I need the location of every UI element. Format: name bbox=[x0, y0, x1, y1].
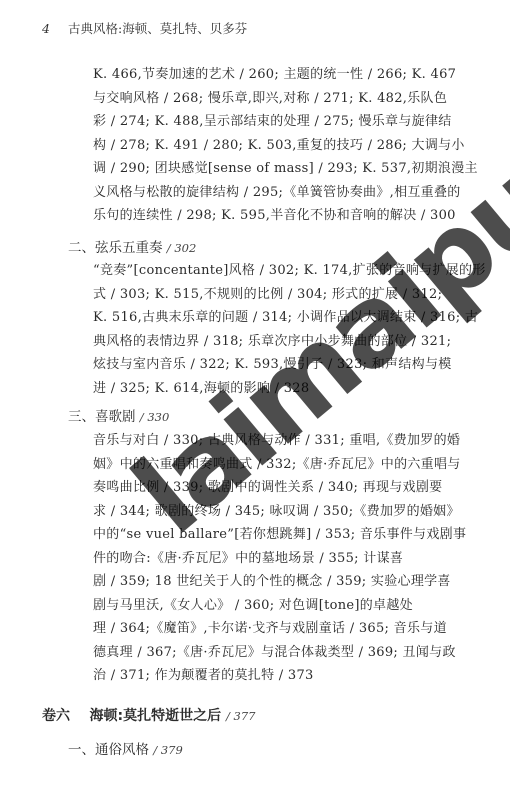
running-header: 4 古典风格:海顿、莫扎特、贝多芬 bbox=[42, 19, 247, 37]
section-heading-popular-style: 一、通俗风格 / 379 bbox=[68, 738, 183, 758]
part-title: 海顿:莫扎特逝世之后 bbox=[90, 708, 222, 724]
page-number: 4 bbox=[42, 21, 64, 36]
toc-line: 进 / 325; K. 614,海顿的影响 / 328 bbox=[93, 377, 388, 401]
toc-line: 义风格与松散的旋律结构 / 295;《单簧管协奏曲》,相互重叠的 bbox=[93, 181, 388, 205]
toc-line: 剧与马里沃,《女人心》 / 360; 对色调[tone]的卓越处 bbox=[93, 594, 388, 618]
part-label: 卷六 bbox=[42, 708, 70, 724]
section-page: 330 bbox=[147, 410, 169, 424]
section-title: 二、弦乐五重奏 bbox=[68, 240, 163, 256]
toc-entries-comic-opera: 音乐与对白 / 330; 古典风格与动作 / 331; 重唱,《费加罗的婚 姻》… bbox=[93, 429, 388, 688]
toc-line: 姻》中的六重唱和奏鸣曲式 / 332;《唐·乔瓦尼》中的六重唱与 bbox=[93, 453, 388, 477]
toc-line: 求 / 344; 歌剧的终场 / 345; 咏叹调 / 350;《费加罗的婚姻》 bbox=[93, 500, 388, 524]
toc-line: 彩 / 274; K. 488,呈示部结束的处理 / 275; 慢乐章与旋律结 bbox=[93, 110, 388, 134]
toc-line: 音乐与对白 / 330; 古典风格与动作 / 331; 重唱,《费加罗的婚 bbox=[93, 429, 388, 453]
section-page: 379 bbox=[161, 743, 183, 757]
toc-line: 式 / 303; K. 515,不规则的比例 / 304; 形式的扩展 / 31… bbox=[93, 283, 388, 307]
toc-line: “竞奏”[concentante]风格 / 302; K. 174,扩张的音响与… bbox=[93, 259, 388, 283]
section-heading-string-quintets: 二、弦乐五重奏 / 302 bbox=[68, 236, 196, 256]
toc-line: 典风格的表情边界 / 318; 乐章次序中小步舞曲的部位 / 321; bbox=[93, 330, 388, 354]
section-page: 302 bbox=[174, 241, 196, 255]
toc-entries-string-quintets: “竞奏”[concentante]风格 / 302; K. 174,扩张的音响与… bbox=[93, 259, 388, 400]
toc-line: 治 / 371; 作为颠覆者的莫扎特 / 373 bbox=[93, 664, 388, 688]
toc-line: 乐句的连续性 / 298; K. 595,半音化不协和音响的解决 / 300 bbox=[93, 204, 388, 228]
toc-line: 调 / 290; 团块感觉[sense of mass] / 293; K. 5… bbox=[93, 157, 388, 181]
running-title: 古典风格:海顿、莫扎特、贝多芬 bbox=[68, 21, 247, 36]
toc-entries-mozart-concertos: K. 466,节奏加速的艺术 / 260; 主题的统一性 / 266; K. 4… bbox=[93, 63, 388, 228]
toc-line: 件的吻合:《唐·乔瓦尼》中的墓地场景 / 355; 计谋喜 bbox=[93, 547, 388, 571]
toc-line: 剧 / 359; 18 世纪关于人的个性的概念 / 359; 实验心理学喜 bbox=[93, 570, 388, 594]
toc-line: 炫技与室内音乐 / 322; K. 593,慢引子 / 323; 和声结构与模 bbox=[93, 353, 388, 377]
section-title: 三、喜歌剧 bbox=[68, 409, 136, 425]
part-heading: 卷六 海顿:莫扎特逝世之后 / 377 bbox=[42, 705, 255, 725]
toc-line: 理 / 364;《魔笛》,卡尔诺·戈齐与戏剧童话 / 365; 音乐与道 bbox=[93, 617, 388, 641]
toc-line: 中的“se vuel ballare”[若你想跳舞] / 353; 音乐事件与戏… bbox=[93, 523, 388, 547]
section-heading-comic-opera: 三、喜歌剧 / 330 bbox=[68, 405, 169, 425]
toc-line: 德真理 / 367;《唐·乔瓦尼》与混合体裁类型 / 369; 丑闻与政 bbox=[93, 641, 388, 665]
toc-line: 奏鸣曲比例 / 339; 歌剧中的调性关系 / 340; 再现与戏剧要 bbox=[93, 476, 388, 500]
toc-line: 构 / 278; K. 491 / 280; K. 503,重复的技巧 / 28… bbox=[93, 134, 388, 158]
toc-line: 与交响风格 / 268; 慢乐章,即兴,对称 / 271; K. 482,乐队色 bbox=[93, 87, 388, 111]
part-page: 377 bbox=[234, 709, 256, 723]
toc-line: K. 516,古典末乐章的问题 / 314; 小调作品以大调结束 / 316; … bbox=[93, 306, 388, 330]
toc-line: K. 466,节奏加速的艺术 / 260; 主题的统一性 / 266; K. 4… bbox=[93, 63, 388, 87]
section-title: 一、通俗风格 bbox=[68, 742, 149, 758]
